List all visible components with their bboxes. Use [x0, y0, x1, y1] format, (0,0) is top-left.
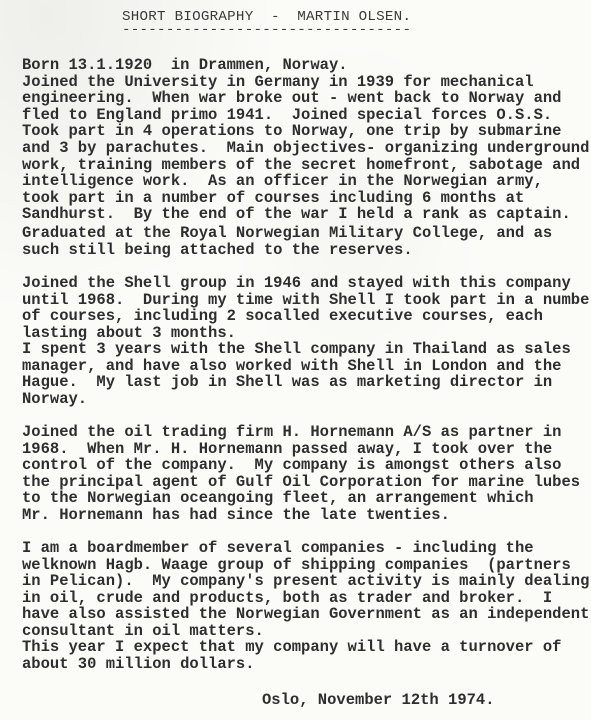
paragraph-shell-group: Joined the Shell group in 1946 and staye… — [22, 275, 591, 341]
paragraph-early-life-war: Born 13.1.1920 in Drammen, Norway.Joined… — [22, 57, 589, 223]
text-line: Joined the Shell group in 1946 and staye… — [22, 275, 591, 292]
text-line: I spent 3 years with the Shell company i… — [22, 341, 571, 358]
text-line: Joined the oil trading firm H. Hornemann… — [22, 424, 580, 441]
text-line: This year I expect that my company will … — [22, 639, 562, 656]
text-line: took part in a number of courses includi… — [22, 190, 589, 207]
text-line: and 3 by parachutes. Main objectives- or… — [22, 140, 589, 157]
text-line: the principal agent of Gulf Oil Corporat… — [22, 474, 580, 491]
text-line: I am a boardmember of several companies … — [22, 540, 589, 557]
text-line: welknown Hagb. Waage group of shipping c… — [22, 557, 589, 574]
text-line: about 30 million dollars. — [22, 656, 562, 673]
signature-place-date: Oslo, November 12th 1974. — [262, 692, 495, 709]
text-line: work, training members of the secret hom… — [22, 157, 589, 174]
text-line: Graduated at the Royal Norwegian Militar… — [22, 225, 552, 242]
text-line: engineering. When war broke out - went b… — [22, 90, 589, 107]
text-line: manager, and have also worked with Shell… — [22, 358, 571, 375]
text-line: intelligence work. As an officer in the … — [22, 173, 589, 190]
text-line: to the Norwegian oceangoing fleet, an ar… — [22, 490, 580, 507]
text-line: until 1968. During my time with Shell I … — [22, 292, 591, 309]
text-line: Hague. My last job in Shell was as marke… — [22, 374, 571, 391]
paragraph-shell-thailand: I spent 3 years with the Shell company i… — [22, 341, 571, 407]
text-line: Took part in 4 operations to Norway, one… — [22, 123, 589, 140]
title-underline: --------------------------------- — [122, 22, 411, 38]
paragraph-hornemann: Joined the oil trading firm H. Hornemann… — [22, 424, 580, 524]
text-line: Born 13.1.1920 in Drammen, Norway. — [22, 57, 589, 74]
text-line: 1968. When Mr. H. Hornemann passed away,… — [22, 441, 580, 458]
text-line: Norway. — [22, 391, 571, 408]
text-line: such still being attached to the reserve… — [22, 242, 552, 259]
text-line: have also assisted the Norwegian Governm… — [22, 606, 589, 623]
text-line: Joined the University in Germany in 1939… — [22, 74, 589, 91]
text-line: control of the company. My company is am… — [22, 457, 580, 474]
text-line: Sandhurst. By the end of the war I held … — [22, 206, 589, 223]
text-line: Mr. Hornemann has had since the late twe… — [22, 507, 580, 524]
text-line: in oil, crude and products, both as trad… — [22, 590, 589, 607]
text-line: fled to England primo 1941. Joined speci… — [22, 107, 589, 124]
text-line: of courses, including 2 socalled executi… — [22, 308, 591, 325]
paragraph-turnover: This year I expect that my company will … — [22, 639, 562, 672]
document-page: SHORT BIOGRAPHY - MARTIN OLSEN. --------… — [0, 0, 591, 720]
paragraph-military-college: Graduated at the Royal Norwegian Militar… — [22, 225, 552, 258]
paragraph-boardmember: I am a boardmember of several companies … — [22, 540, 589, 640]
text-line: lasting about 3 months. — [22, 325, 591, 342]
text-line: in Pelican). My company's present activi… — [22, 573, 589, 590]
